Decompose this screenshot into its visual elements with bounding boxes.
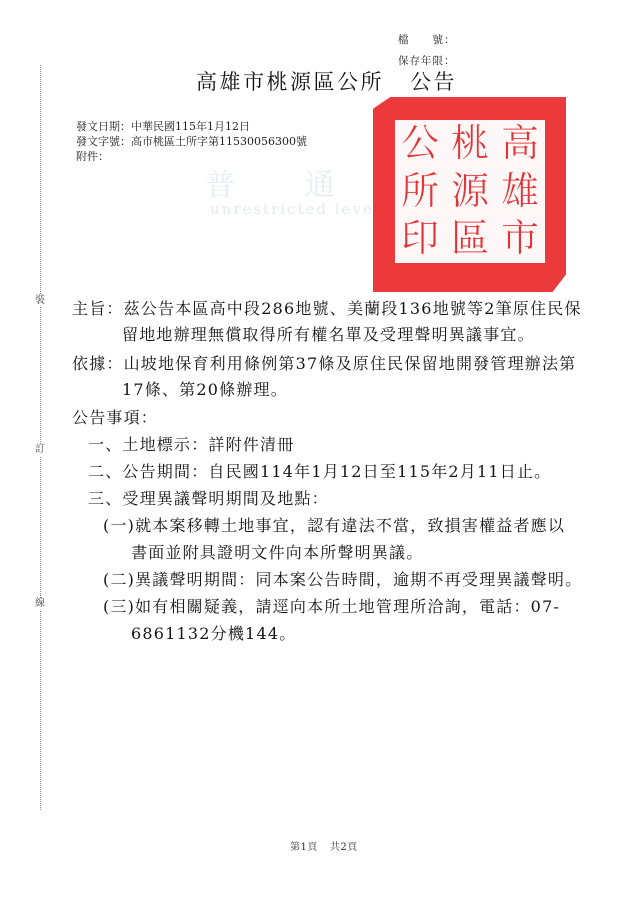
basis-line-2: 17條、第20條辦理。 bbox=[122, 377, 288, 403]
sub-item-1-line-1: (一)就本案移轉土地事宜，認有違法不當，致損害權益者應以 bbox=[103, 513, 565, 539]
seal-char: 雄 bbox=[495, 168, 545, 216]
seal-char: 印 bbox=[395, 215, 445, 263]
binding-char-bind: 裝 bbox=[35, 295, 45, 307]
page-title: 高雄市桃源區公所公告 bbox=[196, 66, 457, 96]
issue-number-value: 高市桃區土所字第11530056300號 bbox=[131, 135, 307, 148]
seal-char: 所 bbox=[395, 168, 445, 216]
basis-label: 依據： bbox=[72, 351, 124, 377]
binding-char-line: 線 bbox=[35, 598, 45, 610]
subject-line-1: 主旨：茲公告本區高中段286地號、美蘭段136地號等2筆原住民保 bbox=[72, 296, 582, 322]
document-type: 公告 bbox=[410, 70, 457, 94]
issuing-organization: 高雄市桃源區公所 bbox=[196, 70, 384, 94]
binding-margin-line bbox=[40, 65, 41, 810]
seal-char: 桃 bbox=[445, 120, 495, 168]
subject-label: 主旨： bbox=[72, 296, 124, 322]
seal-inner-field: 高 雄 市 桃 源 區 公 所 印 bbox=[395, 120, 545, 263]
issue-date-label: 發文日期： bbox=[76, 120, 131, 133]
announcement-item-1: 一、土地標示：詳附件清冊 bbox=[88, 432, 294, 458]
attachment-label: 附件： bbox=[76, 150, 109, 164]
seal-char: 市 bbox=[495, 215, 545, 263]
current-page: 第1頁 bbox=[290, 842, 318, 853]
seal-char: 公 bbox=[395, 120, 445, 168]
sub-item-3-line-1: (三)如有相關疑義，請逕向本所土地管理所洽詢，電話：07- bbox=[103, 594, 560, 620]
file-number-label: 檔 號： bbox=[398, 32, 456, 47]
announcement-item-3: 三、受理異議聲明期間及地點： bbox=[88, 486, 329, 512]
basis-text-1: 山坡地保育利用條例第37條及原住民保留地開發管理辦法第 bbox=[124, 354, 577, 373]
bleed-through-watermark-sub: unrestricted level bbox=[210, 200, 381, 218]
subject-text-1: 茲公告本區高中段286地號、美蘭段136地號等2筆原住民保 bbox=[124, 299, 582, 318]
sub-item-2-line-1: (二)異議聲明期間：同本案公告時間，逾期不再受理異議聲明。 bbox=[103, 567, 582, 593]
sub-item-3-line-2: 6861132分機144。 bbox=[131, 621, 296, 647]
issue-number-label: 發文字號： bbox=[76, 135, 131, 148]
binding-char-staple: 訂 bbox=[35, 444, 45, 456]
subject-line-2: 留地地辦理無償取得所有權名單及受理聲明異議事宜。 bbox=[122, 322, 535, 348]
issue-date-value: 中華民國115年1月12日 bbox=[131, 120, 250, 133]
sub-item-1-line-2: 書面並附具證明文件向本所聲明異議。 bbox=[131, 540, 423, 566]
issue-number: 發文字號：高市桃區土所字第11530056300號 bbox=[76, 135, 307, 149]
seal-char: 高 bbox=[495, 120, 545, 168]
seal-char: 源 bbox=[445, 168, 495, 216]
total-pages: 共2頁 bbox=[330, 842, 358, 853]
seal-char: 區 bbox=[445, 215, 495, 263]
announcement-heading: 公告事項： bbox=[72, 405, 158, 431]
official-seal-stamp: 高 雄 市 桃 源 區 公 所 印 bbox=[373, 97, 566, 292]
issue-date: 發文日期：中華民國115年1月12日 bbox=[76, 120, 250, 134]
page-indicator: 第1頁共2頁 bbox=[290, 838, 358, 853]
basis-line-1: 依據：山坡地保育利用條例第37條及原住民保留地開發管理辦法第 bbox=[72, 351, 576, 377]
announcement-item-2: 二、公告期間：自民國114年1月12日至115年2月11日止。 bbox=[88, 459, 551, 485]
